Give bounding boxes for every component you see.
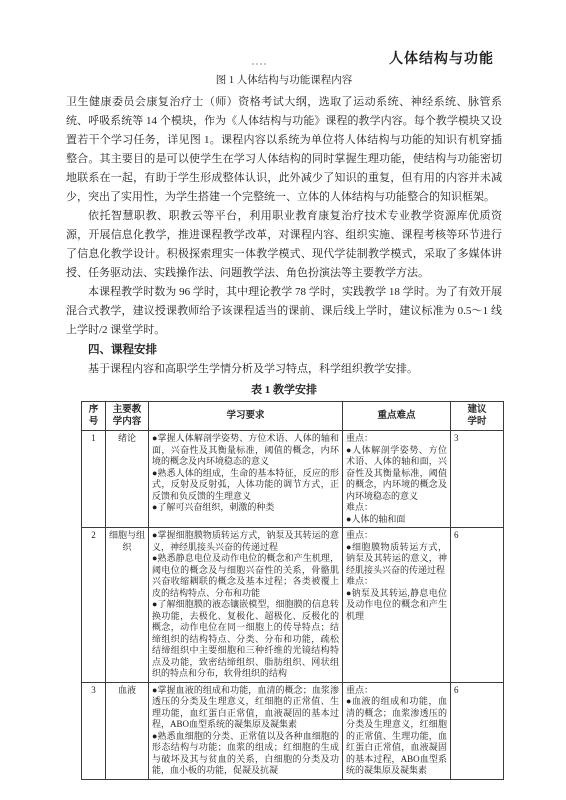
cell-suggested-hours: 6 xyxy=(451,528,504,683)
col-header-learning-requirements: 学习要求 xyxy=(149,402,343,431)
key-point-item: ●人体的轴和面 xyxy=(346,514,447,526)
cell-main-content: 绪论 xyxy=(106,431,149,528)
requirement-item: ●了解细胞膜的液态镶嵌模型，细胞膜的信息转换功能，去极化、复极化、超极化、反极化… xyxy=(152,599,339,680)
key-point-item: ●钠泵及其转运,静息电位及动作电位的概念和产生机理 xyxy=(346,588,447,623)
table-row: 2 细胞与组织 ●掌握细胞膜物质转运方式，钠泵及其转运的意义，神经肌接头兴奋的传… xyxy=(82,528,504,683)
cell-serial-no: 1 xyxy=(82,431,106,528)
requirement-item: ●掌握细胞膜物质转运方式，钠泵及其转运的意义，神经肌接头兴奋的传递过程 xyxy=(152,530,339,553)
table-body: 1 绪论 ●掌握人体解剖学姿势、方位术语、人体的轴和面，兴奋性及其衡量标准，阈值… xyxy=(82,431,504,780)
key-point-item: ●人体解剖学姿势、方位术语、人体的轴和面，兴奋性及其衡量标准，阈值的概念，内环境… xyxy=(346,445,447,503)
key-point-item: 难点： xyxy=(346,576,447,588)
requirement-item: ●掌握血液的组成和功能，血清的概念；血浆渗透压的分类及生理意义，红细胞的正常值、… xyxy=(152,685,339,731)
paragraph-teaching-hours: 本课程教学时数为 96 学时，其中理论教学 78 学时，实践教学 18 学时。为… xyxy=(66,283,502,340)
section-intro: 基于课程内容和高职学生学情分析及学习特点，科学组织教学安排。 xyxy=(66,360,502,379)
key-point-item: 难点： xyxy=(346,502,447,514)
requirement-item: ●掌握人体解剖学姿势、方位术语、人体的轴和面，兴奋性及其衡量标准，阈值的概念，内… xyxy=(152,433,339,468)
table-header-row: 序 号 主要教 学内容 学习要求 重点难点 建议 学时 xyxy=(82,402,504,431)
faded-figure-mark xyxy=(252,63,266,65)
paragraph-informatization-teaching: 依托智慧职教、职教云等平台，利用职业教育康复治疗技术专业教学资源库优质资源，开展… xyxy=(66,207,502,283)
cell-suggested-hours: 3 xyxy=(451,431,504,528)
cell-main-content: 血液 xyxy=(106,682,149,779)
document-content: 人体结构与功能 图 1 人体结构与功能课程内容 卫生健康委员会康复治疗士（师）资… xyxy=(66,50,502,780)
cell-key-difficult-points: 重点：●人体解剖学姿势、方位术语、人体的轴和面，兴奋性及其衡量标准，阈值的概念，… xyxy=(343,431,451,528)
cell-suggested-hours: 6 xyxy=(451,682,504,779)
col-header-key-difficult-points: 重点难点 xyxy=(343,402,451,431)
document-page: 人体结构与功能 图 1 人体结构与功能课程内容 卫生健康委员会康复治疗士（师）资… xyxy=(0,0,566,800)
col-header-serial-no: 序 号 xyxy=(82,402,106,431)
table-row: 3 血液 ●掌握血液的组成和功能，血清的概念；血浆渗透压的分类及生理意义，红细胞… xyxy=(82,682,504,779)
requirement-item: ●熟悉静息电位及动作电位的概念和产生机理，阈电位的概念及与细胞兴奋性的关系，骨骼… xyxy=(152,553,339,599)
cell-serial-no: 3 xyxy=(82,682,106,779)
requirement-item: ●了解可兴奋组织，刺激的种类 xyxy=(152,502,339,514)
requirement-item: ●熟悉血细胞的分类、正常值以及各种血细胞的形态结构与功能；血浆的组成；红细胞的生… xyxy=(152,731,339,777)
cell-key-difficult-points: 重点：●血液的组成和功能，血清的概念；血浆渗透压的分类及生理意义，红细胞的正常值… xyxy=(343,682,451,779)
table-header: 序 号 主要教 学内容 学习要求 重点难点 建议 学时 xyxy=(82,402,504,431)
key-point-item: 重点： xyxy=(346,530,447,542)
cell-main-content: 细胞与组织 xyxy=(106,528,149,683)
table-row: 1 绪论 ●掌握人体解剖学姿势、方位术语、人体的轴和面，兴奋性及其衡量标准，阈值… xyxy=(82,431,504,528)
key-point-item: 重点： xyxy=(346,685,447,697)
cell-learning-requirements: ●掌握细胞膜物质转运方式，钠泵及其转运的意义，神经肌接头兴奋的传递过程●熟悉静息… xyxy=(149,528,343,683)
requirement-item: ●熟悉人体的组成，生命的基本特征，反应的形式，反射及反射弧，人体功能的调节方式，… xyxy=(152,468,339,503)
col-header-main-content: 主要教 学内容 xyxy=(106,402,149,431)
key-point-item: ●血液的组成和功能，血清的概念；血浆渗透压的分类及生理意义，红细胞的正常值、生理… xyxy=(346,696,447,777)
cell-learning-requirements: ●掌握人体解剖学姿势、方位术语、人体的轴和面，兴奋性及其衡量标准，阈值的概念，内… xyxy=(149,431,343,528)
key-point-item: ●细胞膜物质转运方式，钠泵及其转运的意义，神经肌接头兴奋的传递过程 xyxy=(346,542,447,577)
key-point-item: 重点： xyxy=(346,433,447,445)
cell-key-difficult-points: 重点：●细胞膜物质转运方式，钠泵及其转运的意义，神经肌接头兴奋的传递过程难点：●… xyxy=(343,528,451,683)
table-caption: 表 1 教学安排 xyxy=(66,382,502,398)
col-header-suggested-hours: 建议 学时 xyxy=(451,402,504,431)
page-title: 人体结构与功能 xyxy=(66,50,502,70)
paragraph-course-content: 卫生健康委员会康复治疗士（师）资格考试大纲，选取了运动系统、神经系统、脉管系统、… xyxy=(66,93,502,207)
teaching-schedule-table: 序 号 主要教 学内容 学习要求 重点难点 建议 学时 1 绪论 ●掌握人体解剖… xyxy=(81,401,504,780)
section-heading-course-arrangement: 四、课程安排 xyxy=(66,341,502,360)
figure-caption: 图 1 人体结构与功能课程内容 xyxy=(66,73,502,88)
cell-learning-requirements: ●掌握血液的组成和功能，血清的概念；血浆渗透压的分类及生理意义，红细胞的正常值、… xyxy=(149,682,343,779)
cell-serial-no: 2 xyxy=(82,528,106,683)
